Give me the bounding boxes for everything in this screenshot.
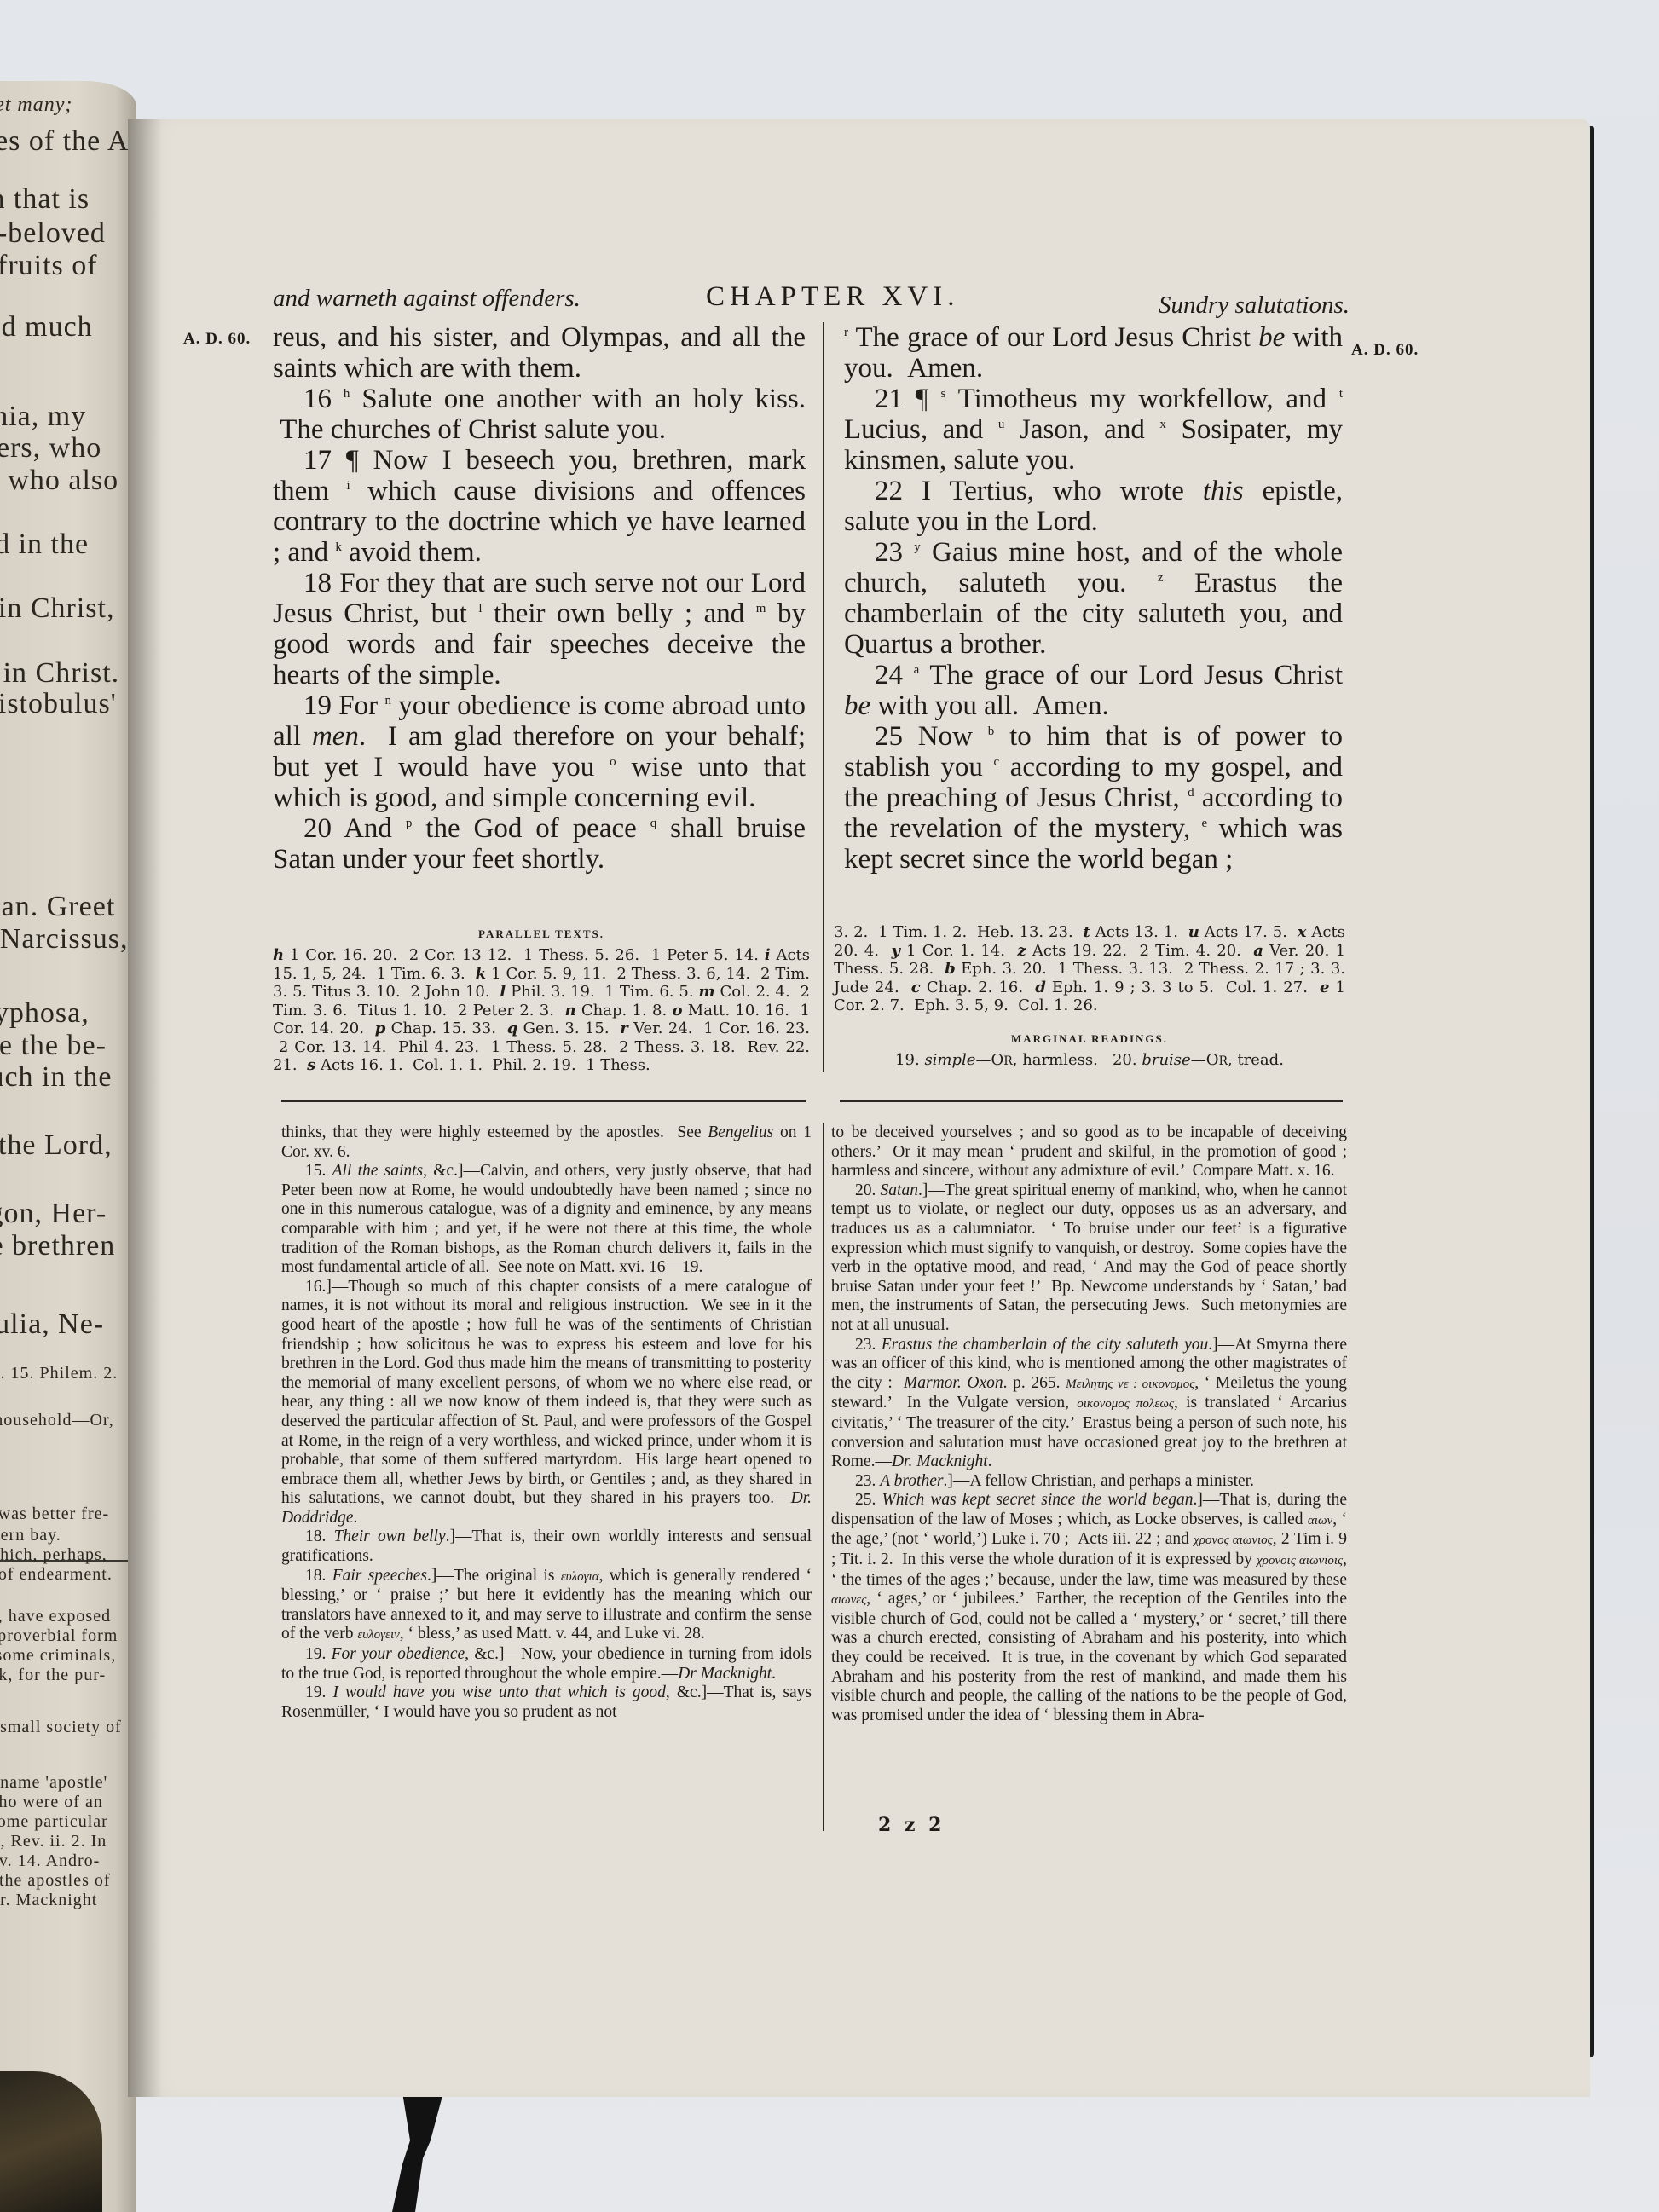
parallel-texts-left-body: h 1 Cor. 16. 20. 2 Cor. 13 12. 1 Thess. … — [273, 946, 810, 1075]
left-page-line: in the Lord, — [0, 1129, 113, 1162]
verse: 19 For n your obedience is come abroad u… — [273, 690, 806, 813]
left-page-line: Tryphosa, — [0, 997, 90, 1030]
commentary-right-column: to be deceived yourselves ; and so good … — [831, 1123, 1347, 1725]
left-page-line: t, it was better fre- — [0, 1505, 109, 1524]
left-page-line: ed in Christ. — [0, 657, 119, 690]
chapter-title: CHAPTER XVI. — [706, 281, 960, 313]
left-page-line: ong the apostles of — [0, 1871, 111, 1891]
parallel-texts-title: PARALLEL TEXTS. — [273, 927, 810, 941]
marginal-readings-title: MARGINAL READINGS. — [834, 1032, 1345, 1046]
running-head-right: Sundry salutations. — [1159, 292, 1350, 320]
left-page-line: l Julia, Ne- — [0, 1308, 104, 1341]
date-margin-left: A. D. 60. — [183, 330, 251, 349]
verse: 21 ¶ s Timotheus my workfellow, and t Lu… — [844, 384, 1343, 476]
left-page-line: ches of the A.D. — [0, 125, 136, 158]
left-page-line: er in Christ, — [0, 592, 114, 625]
left-page-line: is a proverbial form — [0, 1626, 118, 1646]
notes-rule-left — [281, 1100, 806, 1102]
left-page-line: i. 13, Rev. ii. 2. In — [0, 1832, 107, 1851]
verses-left-column: reus, and his sister, and Olympas, and a… — [273, 322, 806, 875]
verse: 22 I Tertius, who wrote this epistle, sa… — [844, 476, 1343, 537]
verse: 18 For they that are such serve not our … — [273, 568, 806, 690]
left-page-line: es, who also — [0, 465, 118, 497]
left-page-line: The name 'apostle' — [0, 1773, 107, 1793]
left-page-line: The small society of — [0, 1718, 122, 1737]
left-page-line: 11. household—Or, — [0, 1411, 114, 1430]
left-page-line: of Narcissus, — [0, 923, 129, 956]
running-head: and warneth against offenders. CHAPTER X… — [273, 281, 1347, 324]
verse: 25 Now b to him that is of power to stab… — [844, 721, 1343, 875]
verses-right-column: r The grace of our Lord Jesus Christ be … — [844, 322, 1343, 875]
commentary-note: 23. Erastus the chamberlain of the city … — [831, 1336, 1347, 1472]
column-divider-bottom — [823, 1123, 824, 1831]
column-divider-top — [823, 322, 824, 1072]
parallel-texts-left: PARALLEL TEXTS. h 1 Cor. 16. 20. 2 Cor. … — [273, 922, 810, 1075]
gutter-shadow — [128, 119, 162, 2097]
verse: r The grace of our Lord Jesus Christ be … — [844, 322, 1343, 384]
commentary-note: 16.]—Though so much of this chapter cons… — [281, 1278, 812, 1528]
commentary-note: 20. Satan.]—The great spiritual enemy of… — [831, 1181, 1347, 1336]
verse: 20 And p the God of peace q shall bruise… — [273, 813, 806, 875]
left-page-line: d, who were of an — [0, 1793, 103, 1812]
left-page-line: at is, have exposed — [0, 1607, 111, 1626]
verse: 17 ¶ Now I beseech you, brethren, mark t… — [273, 445, 806, 568]
notes-rule-right — [840, 1100, 1343, 1102]
bookmark-ribbon — [392, 2093, 443, 2212]
left-page-line: of which, perhaps, — [0, 1545, 107, 1565]
date-margin-right: A. D. 60. — [1351, 341, 1419, 360]
left-page-line: ved in the — [0, 528, 89, 561]
left-page-line: ell-beloved — [0, 217, 106, 250]
verse: 23 y Gaius mine host, and of the whole c… — [844, 537, 1343, 660]
commentary-left-column: thinks, that they were highly esteemed b… — [281, 1123, 812, 1722]
left-page-line: on some particular — [0, 1812, 108, 1832]
left-page-line: Junia, my — [0, 401, 86, 433]
left-page-line: block, for the pur- — [0, 1666, 106, 1685]
left-page-line: greet many; — [0, 94, 72, 117]
left-page-line: legon, Her- — [0, 1198, 107, 1230]
left-page-line: ol. 4. 15. Philem. 2. — [0, 1364, 118, 1383]
left-page-line: ing some criminals, — [0, 1646, 116, 1666]
left-page-line: sman. Greet — [0, 891, 115, 923]
facing-left-page: greet many;ches of the A.D.rch that isel… — [0, 81, 136, 2212]
commentary-note: to be deceived yourselves ; and so good … — [831, 1123, 1347, 1181]
commentary-note: 18. Their own belly.]—That is, their own… — [281, 1528, 812, 1566]
left-page-line: much in the — [0, 1061, 113, 1094]
commentary-note: 15. All the saints, &c.]—Calvin, and oth… — [281, 1162, 812, 1278]
left-page-line: lute the be- — [0, 1030, 107, 1062]
running-head-left: and warneth against offenders. — [273, 285, 581, 313]
signature-mark: 2 z 2 — [878, 1814, 945, 1836]
commentary-note: 19. For your obedience, &c.]—Now, your o… — [281, 1645, 812, 1684]
verse: 16 h Salute one another with an holy kis… — [273, 384, 806, 445]
left-page-line: western bay. — [0, 1526, 61, 1545]
verse: 24 a The grace of our Lord Jesus Christ … — [844, 660, 1343, 721]
left-page-line: the brethren — [0, 1230, 115, 1262]
left-page-line: vay of endearment. — [0, 1565, 113, 1585]
commentary-note: 23. A brother.]—A fellow Christian, and … — [831, 1472, 1347, 1492]
commentary-note: 19. I would have you wise unto that whic… — [281, 1684, 812, 1722]
left-page-line: as Dr. Macknight — [0, 1891, 97, 1910]
commentary-note: 18. Fair speeches.]—The original is ευλο… — [281, 1567, 812, 1645]
marginal-readings-body: 19. simple—OR, harmless. 20. bruise—OR, … — [834, 1051, 1345, 1069]
left-page-line: oners, who — [0, 432, 101, 465]
commentary-note: thinks, that they were highly esteemed b… — [281, 1123, 812, 1162]
left-page-line: rch that is — [0, 183, 90, 216]
commentary-note: 25. Which was kept secret since the worl… — [831, 1491, 1347, 1725]
parallel-texts-right: 3. 2. 1 Tim. 1. 2. Heb. 13. 23. t Acts 1… — [834, 923, 1345, 1069]
left-page-line: wed much — [0, 311, 93, 344]
verse: reus, and his sister, and Olympas, and a… — [273, 322, 806, 384]
left-page-line: Aristobulus' — [0, 688, 117, 720]
left-page-line: ts xiv. 14. Andro- — [0, 1851, 100, 1871]
parallel-texts-right-body: 3. 2. 1 Tim. 1. 2. Heb. 13. 23. t Acts 1… — [834, 923, 1345, 1015]
left-page-line: st-fruits of — [0, 250, 98, 282]
